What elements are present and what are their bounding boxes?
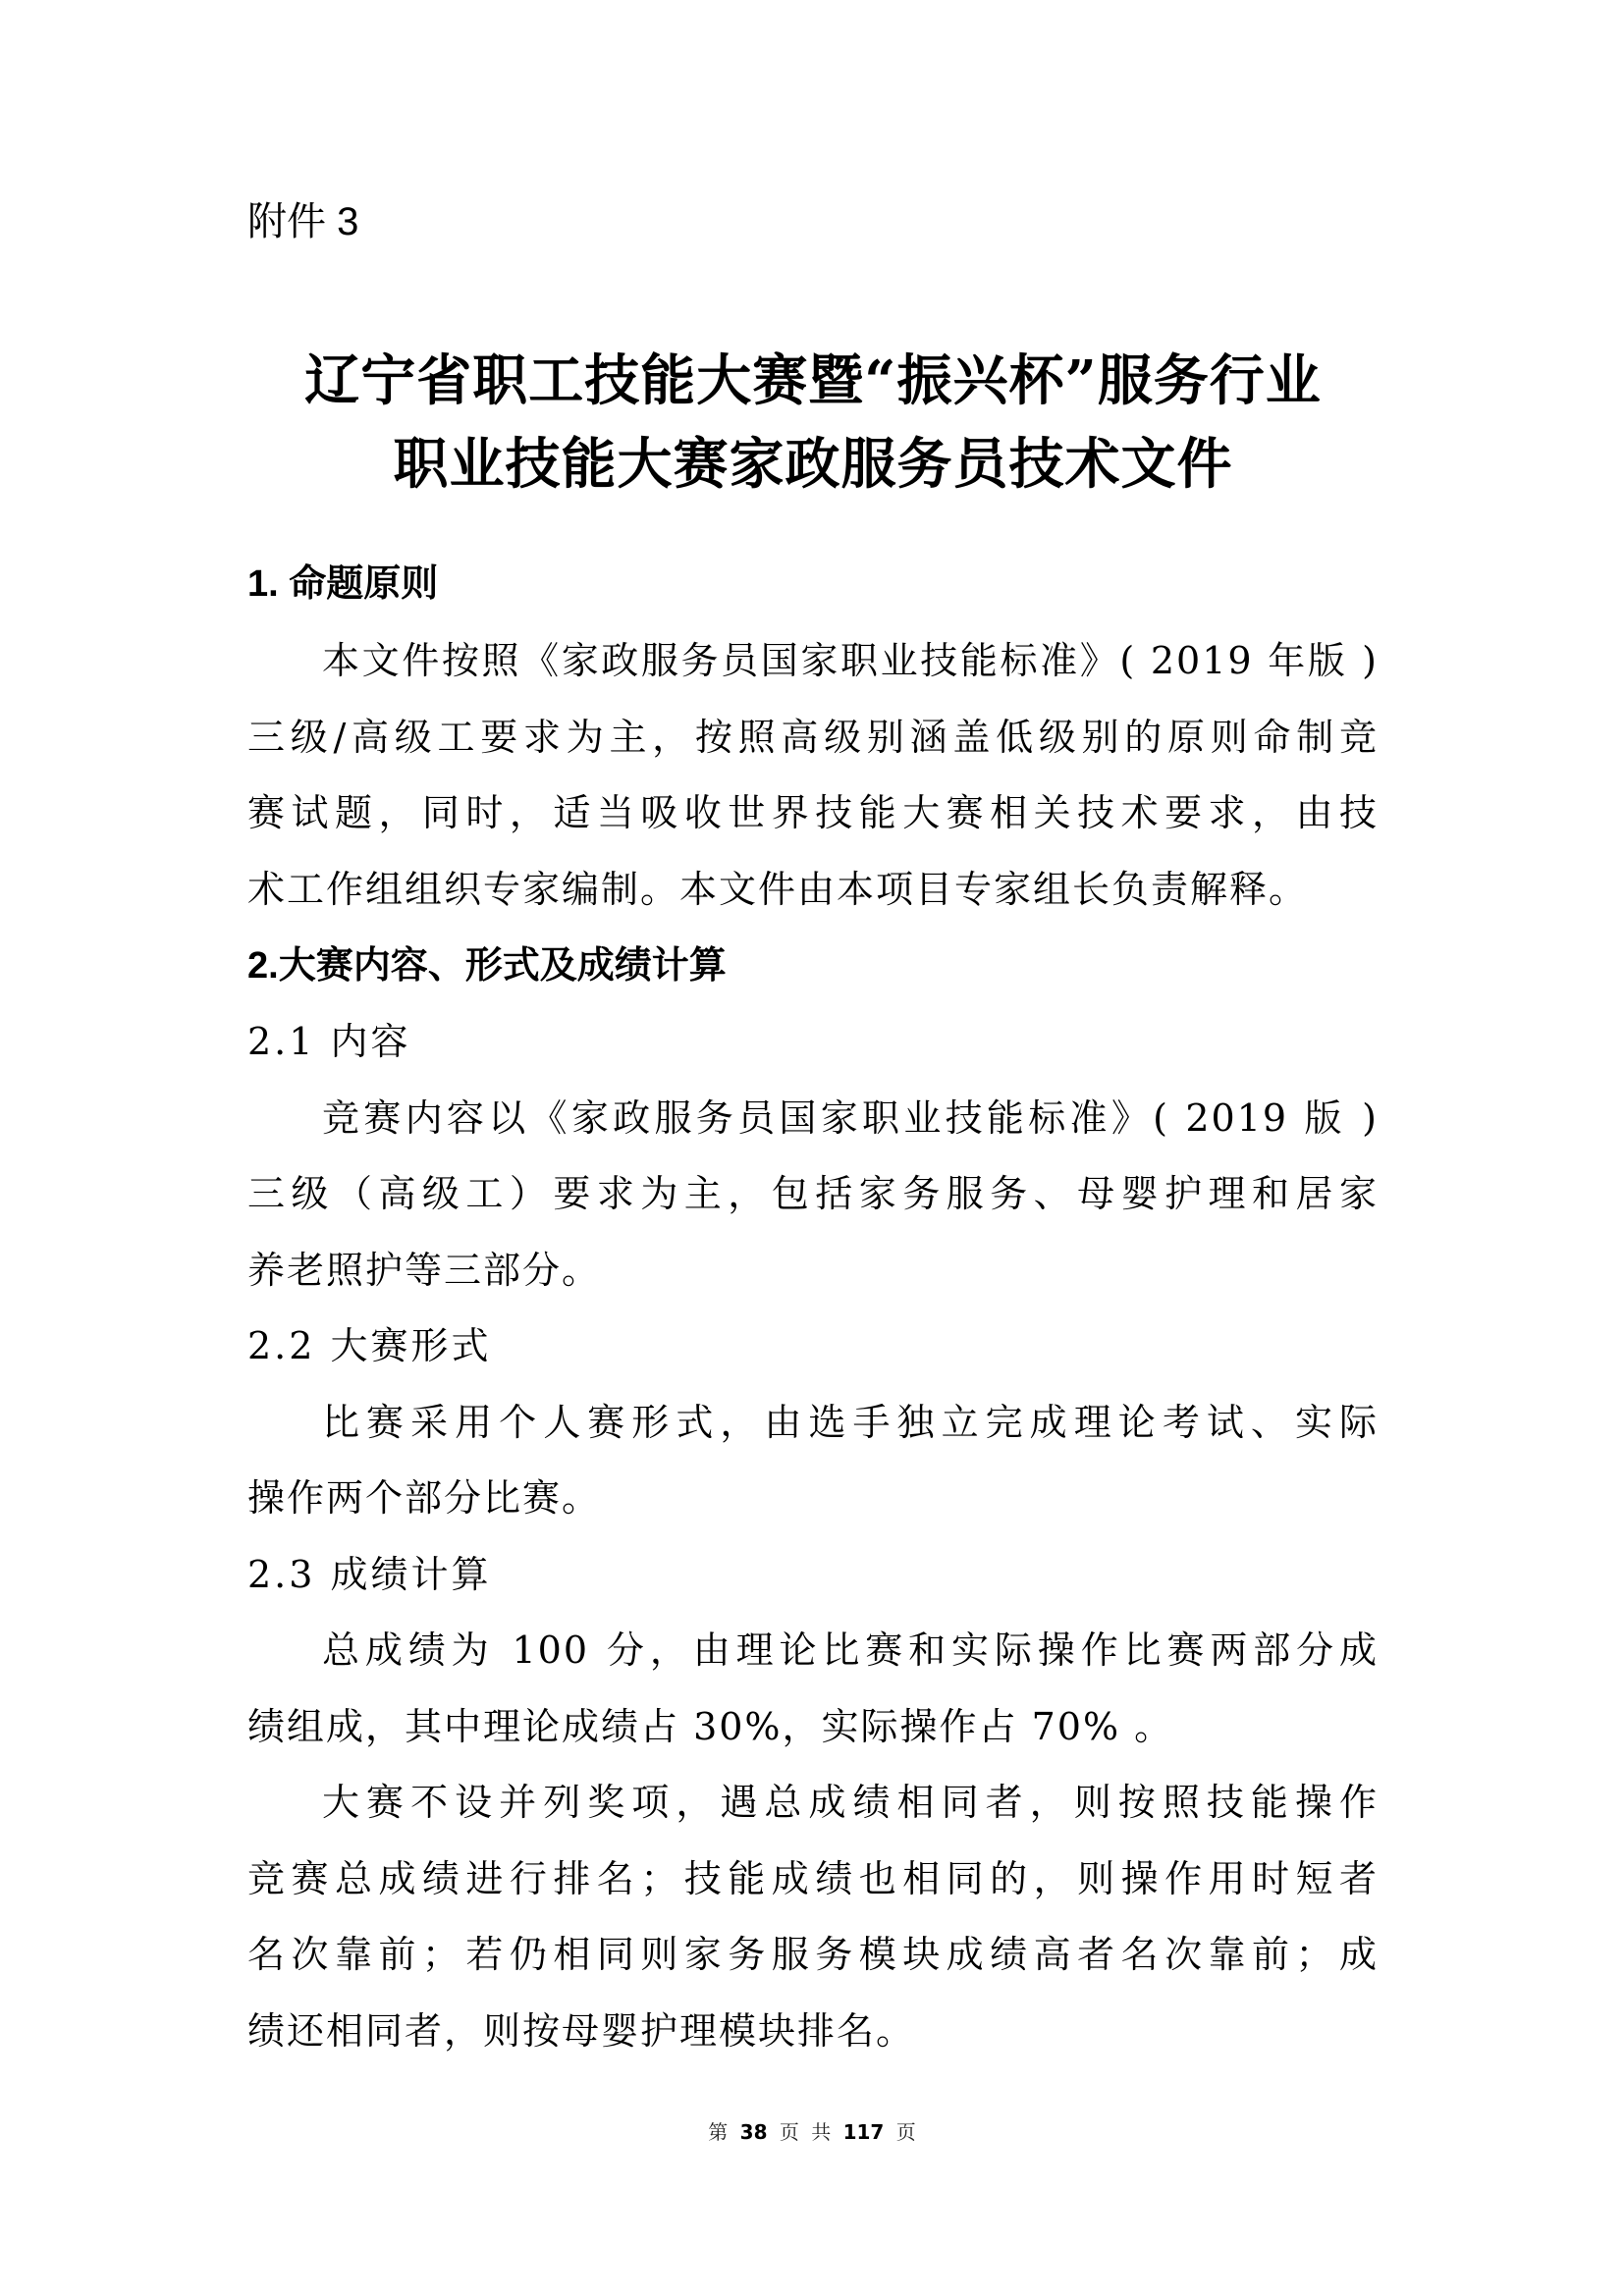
- footer-middle: 页 共: [780, 2120, 831, 2144]
- paragraph-line: 竞赛总成绩进行排名；技能成绩也相同的，则操作用时短者: [247, 1860, 1379, 1897]
- footer-prefix: 第: [708, 2120, 728, 2144]
- subsection-heading-2-2: 2.2 大赛形式: [247, 1327, 1379, 1364]
- paragraph-line: 操作两个部分比赛。: [247, 1479, 1379, 1517]
- footer-suffix: 页: [896, 2120, 916, 2144]
- paragraph-line: 养老照护等三部分。: [247, 1252, 1379, 1289]
- subsection-heading-2-3: 2.3 成绩计算: [247, 1556, 1379, 1593]
- paragraph-line: 名次靠前；若仍相同则家务服务模块成绩高者名次靠前；成: [247, 1936, 1379, 1973]
- section-heading-1: 1. 命题原则: [247, 565, 1379, 603]
- subsection-heading-2-1: 2.1 内容: [247, 1023, 1379, 1060]
- paragraph-line: 总成绩为 100 分，由理论比赛和实际操作比赛两部分成: [247, 1631, 1379, 1669]
- document-page: 附件 3 辽宁省职工技能大赛暨“振兴杯”服务行业 职业技能大赛家政服务员技术文件…: [0, 0, 1624, 2296]
- paragraph-line: 大赛不设并列奖项，遇总成绩相同者，则按照技能操作: [247, 1784, 1379, 1821]
- page-footer: 第 38 页 共 117 页: [0, 2116, 1624, 2145]
- document-title-line-2: 职业技能大赛家政服务员技术文件: [247, 437, 1379, 492]
- paragraph-line: 本文件按照《家政服务员国家职业技能标准》( 2019 年版 ): [247, 642, 1379, 679]
- document-title-line-1: 辽宁省职工技能大赛暨“振兴杯”服务行业: [247, 353, 1379, 408]
- current-page-number: 38: [740, 2120, 768, 2144]
- paragraph-line: 绩还相同者，则按母婴护理模块排名。: [247, 2012, 1379, 2050]
- paragraph-line: 赛试题，同时，适当吸收世界技能大赛相关技术要求，由技: [247, 794, 1379, 831]
- paragraph-line: 术工作组组织专家编制。本文件由本项目专家组长负责解释。: [247, 871, 1379, 908]
- attachment-label: 附件 3: [247, 202, 1379, 241]
- section-heading-2: 2.大赛内容、形式及成绩计算: [247, 947, 1379, 985]
- paragraph-line: 绩组成，其中理论成绩占 30%，实际操作占 70% 。: [247, 1708, 1379, 1745]
- total-pages-number: 117: [843, 2120, 885, 2144]
- paragraph-line: 竞赛内容以《家政服务员国家职业技能标准》( 2019 版 ): [247, 1099, 1379, 1137]
- paragraph-line: 比赛采用个人赛形式，由选手独立完成理论考试、实际: [247, 1404, 1379, 1441]
- paragraph-line: 三级/高级工要求为主，按照高级别涵盖低级别的原则命制竞: [247, 719, 1379, 756]
- paragraph-line: 三级（高级工）要求为主，包括家务服务、母婴护理和居家: [247, 1175, 1379, 1212]
